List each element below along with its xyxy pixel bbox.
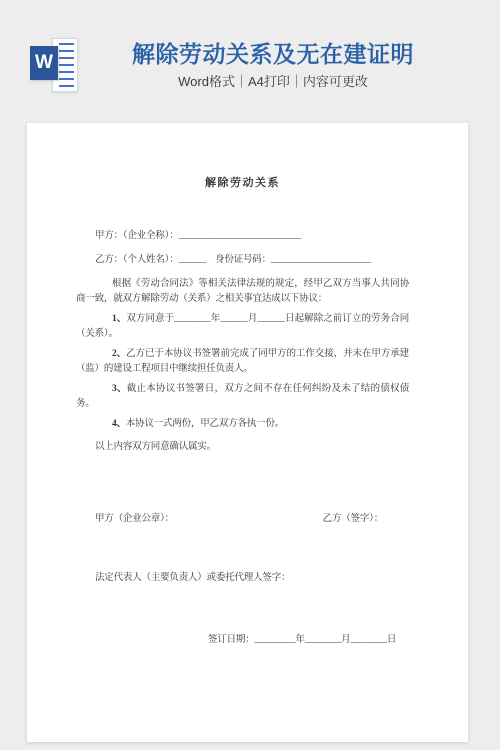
header-text: 解除劳动关系及无在建证明 Word格式｜A4打印｜内容可更改: [46, 40, 500, 90]
clause-1: 1、双方同意于________年______月______日起解除之前订立的劳务…: [76, 312, 409, 341]
intro-paragraph: 根据《劳动合同法》等相关法律法规的规定，经甲乙双方当事人共同协商一致，就双方解除…: [76, 277, 409, 306]
party-b-signature-label: 乙方（签字）：: [323, 512, 383, 527]
signing-date-line: 签订日期：_________年________月________日: [76, 633, 409, 648]
clause-3-text: 截止本协议书签署日，双方之间不存在任何纠纷及未了结的债权债务。: [76, 384, 409, 409]
party-a-signature-label: 甲方（企业公章）：: [95, 512, 174, 527]
clause-3-number: 3、: [112, 384, 127, 394]
clause-4-text: 本协议一式两份，甲乙双方各执一份。: [126, 419, 284, 429]
page-subtitle: Word格式｜A4打印｜内容可更改: [46, 73, 500, 90]
clause-3: 3、截止本协议书签署日，双方之间不存在任何纠纷及未了结的债权债务。: [76, 382, 409, 411]
document-title: 解除劳动关系: [76, 175, 409, 191]
page: W 解除劳动关系及无在建证明 Word格式｜A4打印｜内容可更改 解除劳动关系 …: [0, 0, 500, 750]
legal-representative-line: 法定代表人（主要负责人）或委托代理人签字：: [76, 571, 409, 586]
clause-4-number: 4、: [112, 419, 126, 429]
header-banner: W 解除劳动关系及无在建证明 Word格式｜A4打印｜内容可更改: [0, 0, 500, 123]
party-a-field: 甲方：（企业全称）：___________________________: [76, 229, 409, 244]
confirmation-line: 以上内容双方同意确认属实。: [76, 440, 409, 455]
clause-2-text: 乙方已于本协议书签署前完成了同甲方的工作交接，并未在甲方承建（监）的建设工程项目…: [76, 349, 409, 374]
clause-4: 4、本协议一式两份，甲乙双方各执一份。: [76, 417, 409, 432]
clause-2-number: 2、: [112, 349, 126, 359]
signature-row: 甲方（企业公章）： 乙方（签字）：: [76, 512, 409, 527]
page-title: 解除劳动关系及无在建证明: [46, 40, 500, 68]
clause-2: 2、乙方已于本协议书签署前完成了同甲方的工作交接，并未在甲方承建（监）的建设工程…: [76, 347, 409, 376]
clause-1-number: 1、: [112, 314, 126, 324]
party-b-field: 乙方：（个人姓名）：______ 身份证号码：_________________…: [76, 253, 409, 268]
document-page: 解除劳动关系 甲方：（企业全称）：_______________________…: [27, 123, 468, 742]
document-body: 解除劳动关系 甲方：（企业全称）：_______________________…: [76, 175, 409, 648]
clause-1-text: 双方同意于________年______月______日起解除之前订立的劳务合同…: [76, 314, 409, 339]
